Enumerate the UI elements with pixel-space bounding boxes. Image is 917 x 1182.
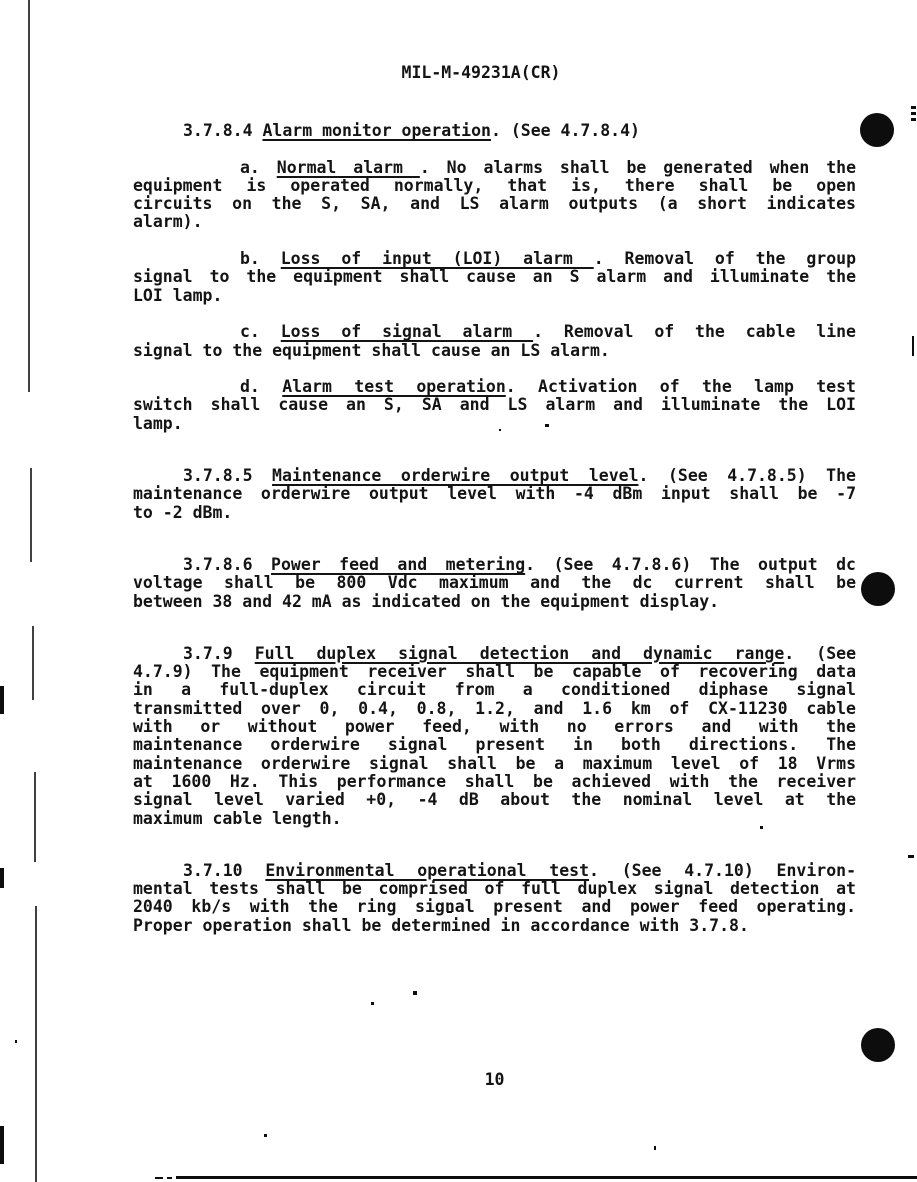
paragraph: 3.7.10 Environmental operational test. (… [133,862,856,935]
text-segment: 3.7.8.5 [183,466,272,485]
text-segment: . No alarms shall be generated when the [420,158,856,177]
text-segment: 3.7.10 [183,861,265,880]
text-line: 2040 kb/s with the ring signal present a… [133,898,856,916]
paragraph: 3.7.8.4 Alarm monitor operation. (See 4.… [133,122,856,140]
scan-speck [15,1040,17,1043]
scan-speck [912,336,914,356]
text-segment: . Removal of the group [594,249,856,268]
text-segment: . Activation of the lamp test [506,377,856,396]
text-segment: . (See 4.7.10) Environ- [589,861,856,880]
text-line: transmitted over 0, 0.4, 0.8, 1.2, and 1… [133,700,856,718]
scan-speck [447,911,452,913]
text-segment: 2040 kb/s with the ring signal present a… [133,897,856,916]
text-segment: b. [240,249,281,268]
text-segment: maintenance orderwire signal present in … [133,735,856,754]
text-segment: switch shall cause an S, SA and LS alarm… [133,395,856,414]
scan-speck [911,112,916,115]
paragraph: 3.7.8.5 Maintenance orderwire output lev… [133,467,856,522]
paragraph: 3.7.9 Full duplex signal detection and d… [133,645,856,828]
text-line: voltage shall be 800 Vdc maximum and the… [133,574,856,592]
punch-hole-dot [861,1028,895,1062]
text-line: lamp. [133,415,856,433]
scan-speck [499,429,501,431]
scan-speck [911,118,916,121]
scan-edge-line [34,772,36,862]
scan-speck [908,855,914,858]
scan-speck [654,1146,656,1150]
text-segment: 3.7.8.4 [183,121,262,140]
text-segment: maintenance orderwire signal shall be a … [133,754,856,773]
page-bottom-rule [176,1176,917,1179]
scan-edge-blob [0,1126,4,1164]
text-line: 3.7.8.6 Power feed and metering. (See 4.… [133,556,856,574]
underlined-text: Alarm monitor operation [262,121,490,140]
punch-hole-dot [861,572,895,606]
text-line: 3.7.8.4 Alarm monitor operation. (See 4.… [133,122,856,140]
text-line: b. Loss of input (LOI) alarm . Removal o… [133,250,856,268]
text-segment: to -2 dBm. [133,503,232,522]
text-line: mental tests shall be comprised of full … [133,880,856,898]
scan-edge-line [28,0,30,392]
page-number: 10 [133,1071,856,1089]
underlined-text: Full duplex signal detection and dynamic… [255,644,785,663]
paragraph: 3.7.8.6 Power feed and metering. (See 4.… [133,556,856,611]
text-line: 4.7.9) The equipment receiver shall be c… [133,663,856,681]
scan-edge-line [30,468,32,562]
text-segment: . (See 4.7.8.4) [491,121,640,140]
text-line: maintenance orderwire output level with … [133,485,856,503]
scan-speck [167,1177,172,1179]
text-segment: maintenance orderwire output level with … [133,484,856,503]
scan-speck [911,106,916,109]
text-segment: at 1600 Hz. This performance shall be ac… [133,772,856,791]
text-segment: Proper operation shall be determined in … [133,916,749,935]
text-line: maintenance orderwire signal present in … [133,736,856,754]
text-segment: . (See 4.7.8.6) The output dc [525,555,856,574]
text-line: with or without power feed, with no erro… [133,718,856,736]
text-line: to -2 dBm. [133,504,856,522]
text-segment: . Removal of the cable line [533,322,856,341]
scan-speck [545,424,549,427]
scan-speck [155,1177,163,1179]
underlined-text: Environmental operational test [265,861,589,880]
text-segment: 3.7.9 [183,644,255,663]
paragraph: b. Loss of input (LOI) alarm . Removal o… [133,250,856,305]
text-segment: . (See [784,644,856,663]
text-segment: lamp. [133,414,183,433]
scan-speck [264,1134,267,1137]
text-line: 3.7.9 Full duplex signal detection and d… [133,645,856,663]
scan-edge-blob [0,868,4,888]
text-line: 3.7.8.5 Maintenance orderwire output lev… [133,467,856,485]
text-segment: d. [240,377,282,396]
document-body: 3.7.8.4 Alarm monitor operation. (See 4.… [133,122,856,935]
text-segment: signal to the equipment shall cause an S… [133,267,856,286]
text-segment: LOI lamp. [133,286,222,305]
text-segment: maximum cable length. [133,809,342,828]
text-line: alarm). [133,213,856,231]
punch-hole-dot [860,113,894,147]
text-segment: voltage shall be 800 Vdc maximum and the… [133,573,856,592]
underlined-text: Power feed and metering [271,555,525,574]
text-segment: 4.7.9) The equipment receiver shall be c… [133,662,856,681]
underlined-text: Maintenance orderwire output level [272,466,638,485]
text-segment: . (See 4.7.8.5) The [639,466,856,485]
scan-speck [371,1002,374,1005]
underlined-text: Alarm test operation [282,377,506,396]
underlined-text: Loss of signal alarm [281,322,533,341]
text-segment: circuits on the S, SA, and LS alarm outp… [133,194,856,213]
scan-speck [413,991,417,995]
text-segment: between 38 and 42 mA as indicated on the… [133,592,719,611]
scan-edge-line [35,906,37,1182]
text-line: signal to the equipment shall cause an L… [133,342,856,360]
text-segment: c. [240,322,281,341]
scan-edge-blob [0,686,4,714]
text-segment: signal level varied +0, -4 dB about the … [133,790,856,809]
text-line: maximum cable length. [133,810,856,828]
text-line: LOI lamp. [133,287,856,305]
text-segment: mental tests shall be comprised of full … [133,879,856,898]
paragraph: a. Normal alarm . No alarms shall be gen… [133,159,856,232]
text-line: at 1600 Hz. This performance shall be ac… [133,773,856,791]
text-line: 3.7.10 Environmental operational test. (… [133,862,856,880]
text-segment: with or without power feed, with no erro… [133,717,856,736]
underlined-text: Normal alarm [277,158,420,177]
text-line: signal level varied +0, -4 dB about the … [133,791,856,809]
text-line: maintenance orderwire signal shall be a … [133,755,856,773]
text-line: signal to the equipment shall cause an S… [133,268,856,286]
document-id-header: MIL-M-49231A(CR) [131,64,831,82]
text-segment: in a full-duplex circuit from a conditio… [133,680,856,699]
text-segment: signal to the equipment shall cause an L… [133,341,610,360]
text-segment: equipment is operated normally, that is,… [133,176,856,195]
text-line: equipment is operated normally, that is,… [133,177,856,195]
scan-edge-line [32,626,34,700]
underlined-text: Loss of input (LOI) alarm [281,249,594,268]
document-page: MIL-M-49231A(CR) 3.7.8.4 Alarm monitor o… [0,0,917,1182]
text-segment: a. [240,158,277,177]
text-line: in a full-duplex circuit from a conditio… [133,681,856,699]
text-line: c. Loss of signal alarm . Removal of the… [133,323,856,341]
paragraph: d. Alarm test operation. Activation of t… [133,378,856,433]
text-line: a. Normal alarm . No alarms shall be gen… [133,159,856,177]
text-line: circuits on the S, SA, and LS alarm outp… [133,195,856,213]
text-line: between 38 and 42 mA as indicated on the… [133,593,856,611]
text-line: Proper operation shall be determined in … [133,917,856,935]
text-segment: 3.7.8.6 [183,555,271,574]
text-segment: alarm). [133,212,203,231]
text-line: d. Alarm test operation. Activation of t… [133,378,856,396]
text-line: switch shall cause an S, SA and LS alarm… [133,396,856,414]
paragraph: c. Loss of signal alarm . Removal of the… [133,323,856,360]
scan-speck [760,826,763,829]
text-segment: transmitted over 0, 0.4, 0.8, 1.2, and 1… [133,699,856,718]
